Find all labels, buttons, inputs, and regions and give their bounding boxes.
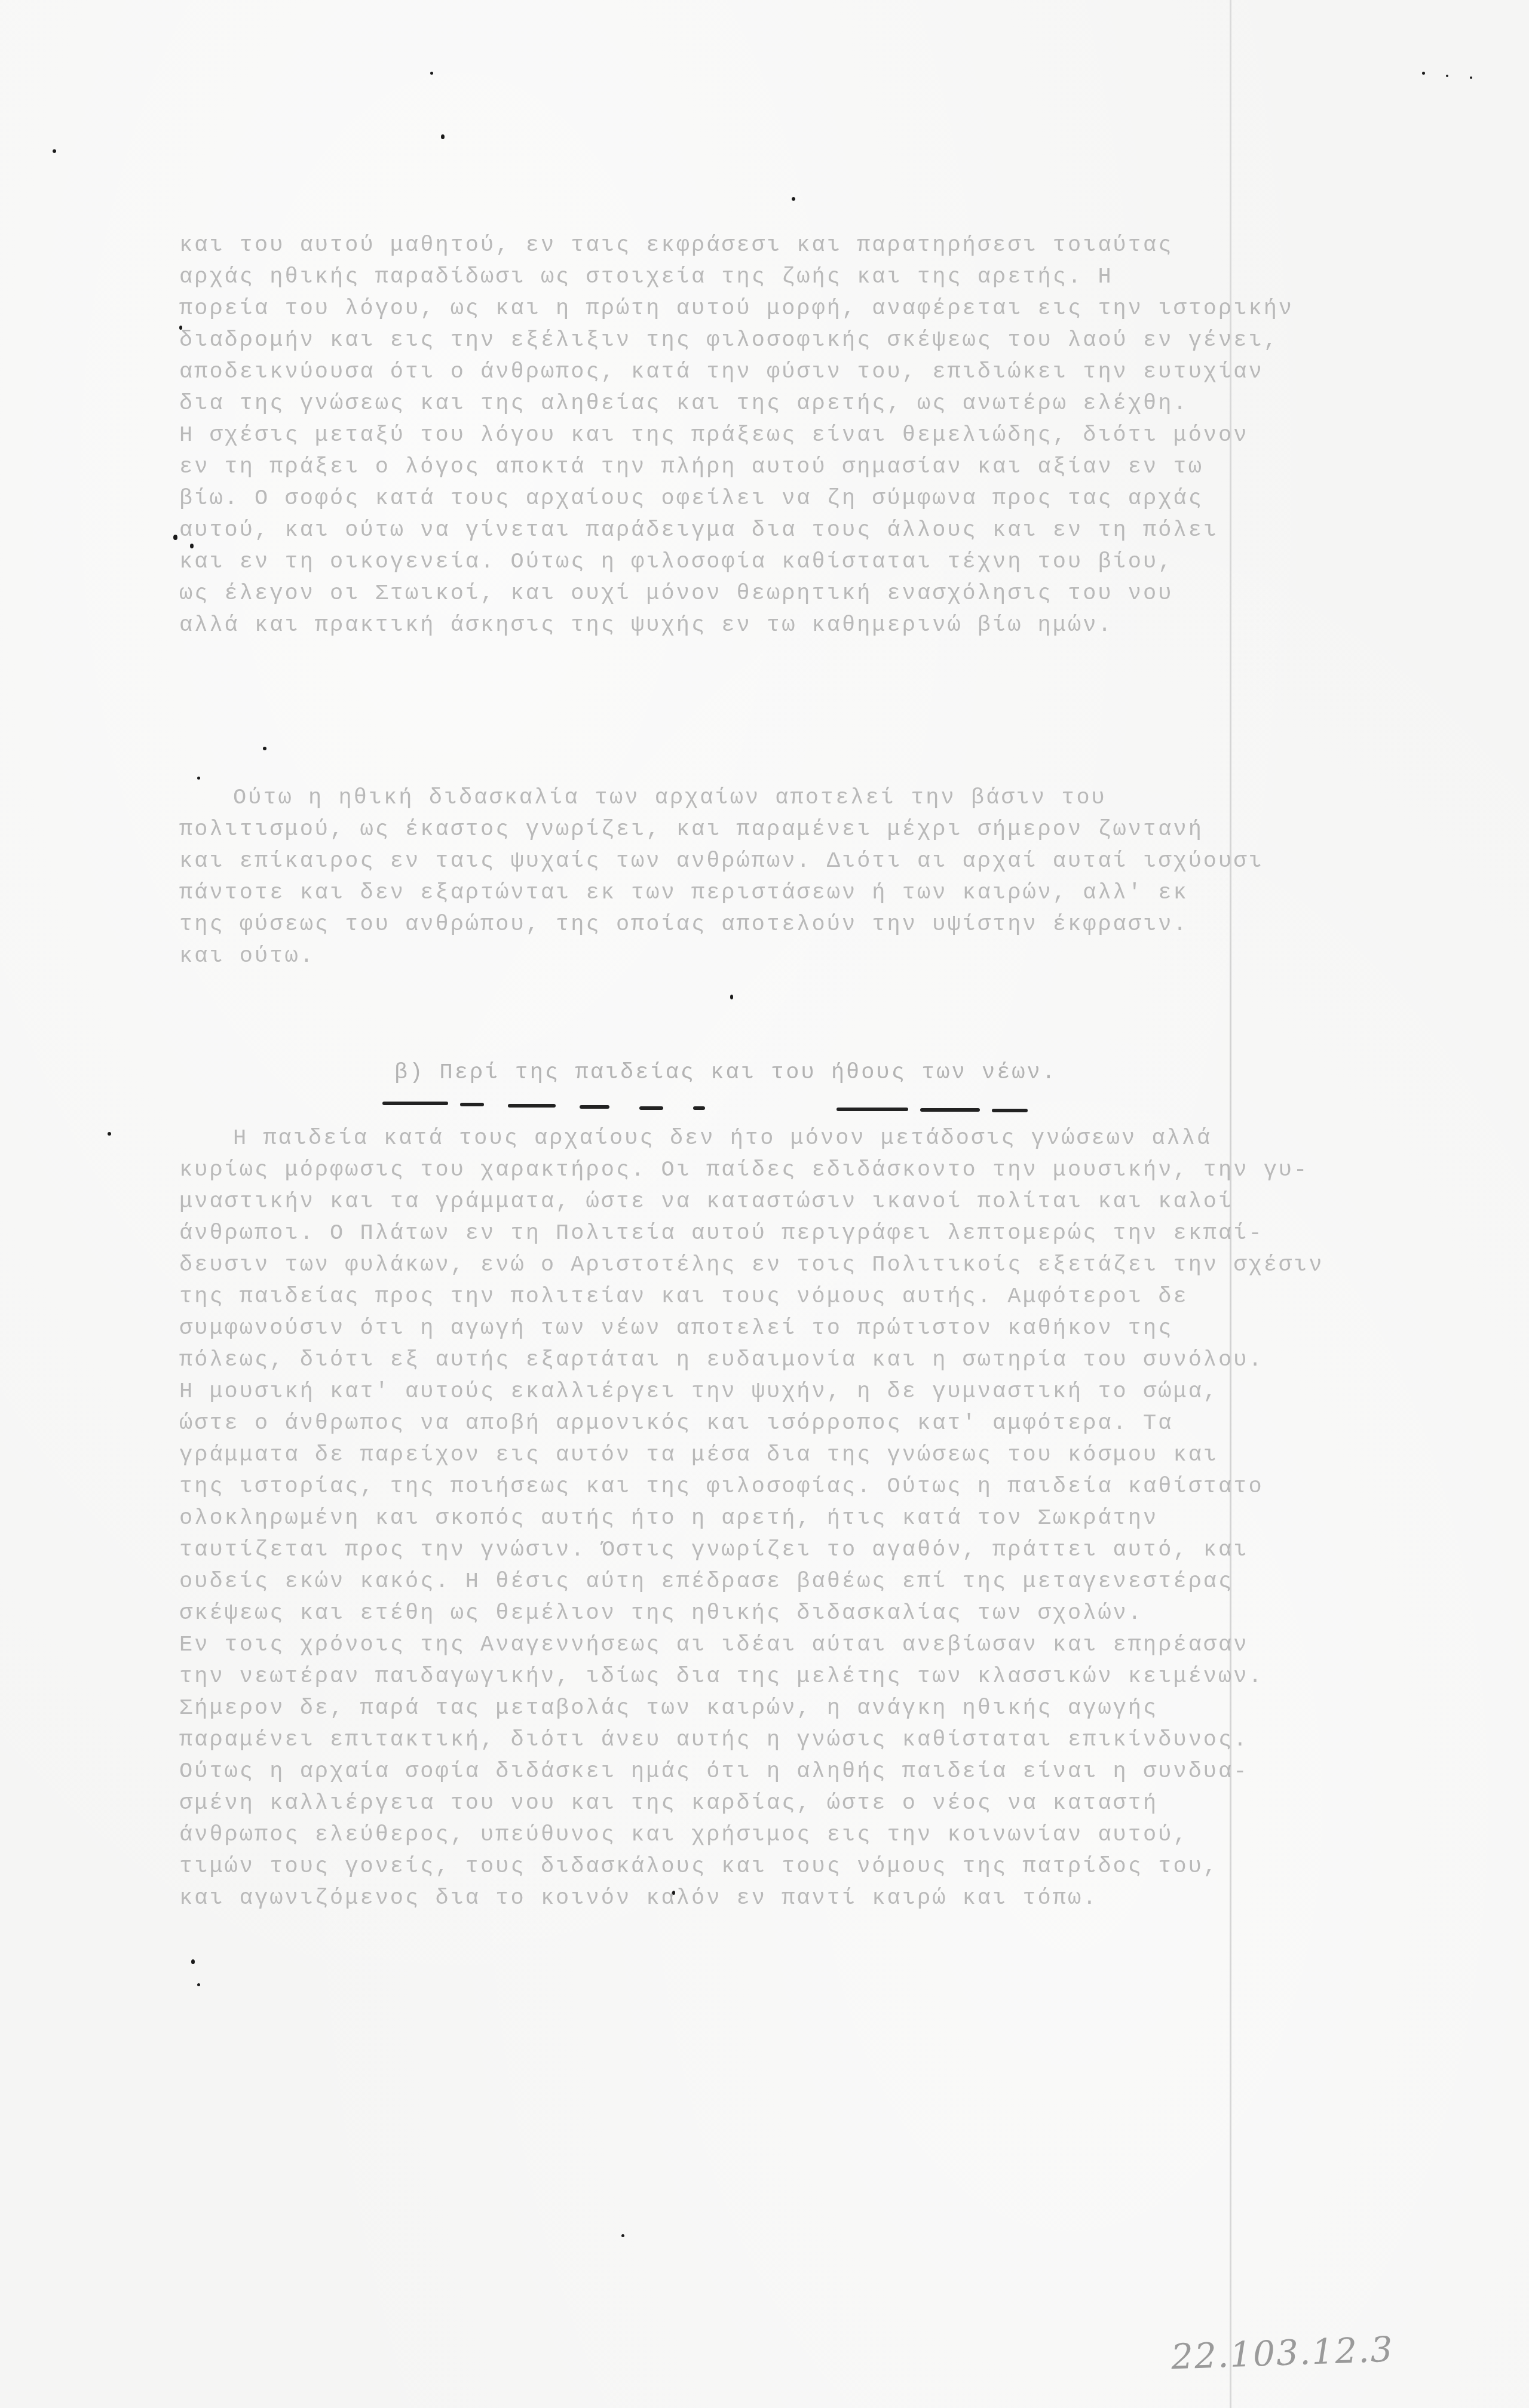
text-line: άνθρωπος ελεύθερος, υπεύθυνος και χρήσιμ… — [179, 1820, 1314, 1851]
scan-speck — [53, 149, 56, 153]
scan-speck — [108, 1132, 111, 1136]
text-line: αποδεικνύουσα ότι ο άνθρωπος, κατά την φ… — [179, 357, 1314, 388]
text-line: ως έλεγον οι Στωικοί, και ουχί μόνον θεω… — [179, 578, 1314, 610]
heading-underline — [382, 1099, 1040, 1110]
scan-speck — [179, 326, 182, 330]
text-line: σκέψεως και ετέθη ως θεμέλιον της ηθικής… — [179, 1598, 1314, 1630]
scan-speck — [430, 72, 433, 75]
text-line: βίω. Ο σοφός κατά τους αρχαίους οφείλει … — [179, 483, 1314, 515]
scan-speck — [263, 747, 266, 750]
middle-text-block: Ούτω η ηθική διδασκαλία των αρχαίων αποτ… — [179, 783, 1314, 973]
text-line: συμφωνούσιν ότι η αγωγή των νέων αποτελε… — [179, 1313, 1314, 1345]
scan-speck — [173, 535, 177, 540]
text-line: της παιδείας προς την πολιτείαν και τους… — [179, 1281, 1314, 1313]
scan-speck — [190, 544, 194, 548]
text-line: και επίκαιρος εν ταις ψυχαίς των ανθρώπω… — [179, 846, 1314, 878]
text-line: κυρίως μόρφωσις του χαρακτήρος. Οι παίδε… — [179, 1155, 1314, 1186]
text-line: και του αυτού μαθητού, εν ταις εκφράσεσι… — [179, 230, 1314, 262]
scan-speck — [621, 2234, 624, 2237]
scan-speck — [792, 197, 795, 201]
scanned-page: και του αυτού μαθητού, εν ταις εκφράσεσι… — [0, 0, 1529, 2408]
text-line: δευσιν των φυλάκων, ενώ ο Αριστοτέλης εν… — [179, 1250, 1314, 1281]
scan-speck — [1422, 72, 1425, 75]
text-line: ώστε ο άνθρωπος να αποβή αρμονικός και ι… — [179, 1408, 1314, 1440]
text-line: ταυτίζεται προς την γνώσιν. Όστις γνωρίζ… — [179, 1535, 1314, 1566]
text-line: Σήμερον δε, παρά τας μεταβολάς των καιρώ… — [179, 1693, 1314, 1725]
text-line: πολιτισμού, ως έκαστος γνωρίζει, και παρ… — [179, 814, 1314, 846]
text-line: μναστικήν και τα γράμματα, ώστε να κατασ… — [179, 1186, 1314, 1218]
text-line: την νεωτέραν παιδαγωγικήν, ιδίως δια της… — [179, 1661, 1314, 1693]
scan-speck — [197, 1983, 200, 1986]
bottom-text-block: Η παιδεία κατά τους αρχαίους δεν ήτο μόν… — [179, 1123, 1314, 1915]
text-line: Η σχέσις μεταξύ του λόγου και της πράξεω… — [179, 420, 1314, 452]
text-line: της ιστορίας, της ποιήσεως και της φιλοσ… — [179, 1471, 1314, 1503]
text-line: γράμματα δε παρείχον εις αυτόν τα μέσα δ… — [179, 1440, 1314, 1471]
text-line: και αγωνιζόμενος δια το κοινόν καλόν εν … — [179, 1883, 1314, 1915]
text-line: άνθρωποι. Ο Πλάτων εν τη Πολιτεία αυτού … — [179, 1218, 1314, 1250]
text-line: της φύσεως του ανθρώπου, της οποίας αποτ… — [179, 909, 1314, 941]
scan-speck — [441, 134, 445, 139]
text-line: Ούτω η ηθική διδασκαλία των αρχαίων αποτ… — [179, 783, 1314, 814]
text-line: δια της γνώσεως και της αληθείας και της… — [179, 388, 1314, 420]
scan-speck — [730, 995, 733, 999]
text-line: και ούτω. — [179, 941, 1314, 973]
archive-reference-number: 22.103.12.3 — [1171, 2329, 1395, 2378]
text-line: τιμών τους γονείς, τους διδασκάλους και … — [179, 1851, 1314, 1883]
section-heading: β) Περί της παιδείας και του ήθους των ν… — [394, 1060, 1057, 1085]
text-line: εν τη πράξει ο λόγος αποκτά την πλήρη αυ… — [179, 452, 1314, 483]
scan-speck — [1470, 76, 1472, 79]
text-line: και εν τη οικογενεία. Ούτως η φιλοσοφία … — [179, 547, 1314, 578]
scan-speck — [197, 777, 200, 780]
text-line: παραμένει επιτακτική, διότι άνευ αυτής η… — [179, 1725, 1314, 1756]
text-line: σμένη καλλιέργεια του νου και της καρδία… — [179, 1788, 1314, 1820]
scan-speck — [1446, 75, 1448, 77]
top-text-block: και του αυτού μαθητού, εν ταις εκφράσεσι… — [179, 230, 1314, 642]
text-line: αυτού, και ούτω να γίνεται παράδειγμα δι… — [179, 515, 1314, 547]
text-line: αρχάς ηθικής παραδίδωσι ως στοιχεία της … — [179, 262, 1314, 293]
text-line: ολοκληρωμένη και σκοπός αυτής ήτο η αρετ… — [179, 1503, 1314, 1535]
text-line: Η μουσική κατ' αυτούς εκαλλιέργει την ψυ… — [179, 1376, 1314, 1408]
scan-speck — [672, 1891, 675, 1895]
scan-speck — [191, 1959, 195, 1964]
text-line: πόλεως, διότι εξ αυτής εξαρτάται η ευδαι… — [179, 1345, 1314, 1376]
text-line: διαδρομήν και εις την εξέλιξιν της φιλοσ… — [179, 325, 1314, 357]
text-line: Η παιδεία κατά τους αρχαίους δεν ήτο μόν… — [179, 1123, 1314, 1155]
text-line: Εν τοις χρόνοις της Αναγεννήσεως αι ιδέα… — [179, 1630, 1314, 1661]
text-line: Ούτως η αρχαία σοφία διδάσκει ημάς ότι η… — [179, 1756, 1314, 1788]
text-line: ουδείς εκών κακός. Η θέσις αύτη επέδρασε… — [179, 1566, 1314, 1598]
text-line: αλλά και πρακτική άσκησις της ψυχής εν τ… — [179, 610, 1314, 642]
text-line: πορεία του λόγου, ως και η πρώτη αυτού μ… — [179, 293, 1314, 325]
text-line: πάντοτε και δεν εξαρτώνται εκ των περιστ… — [179, 878, 1314, 909]
